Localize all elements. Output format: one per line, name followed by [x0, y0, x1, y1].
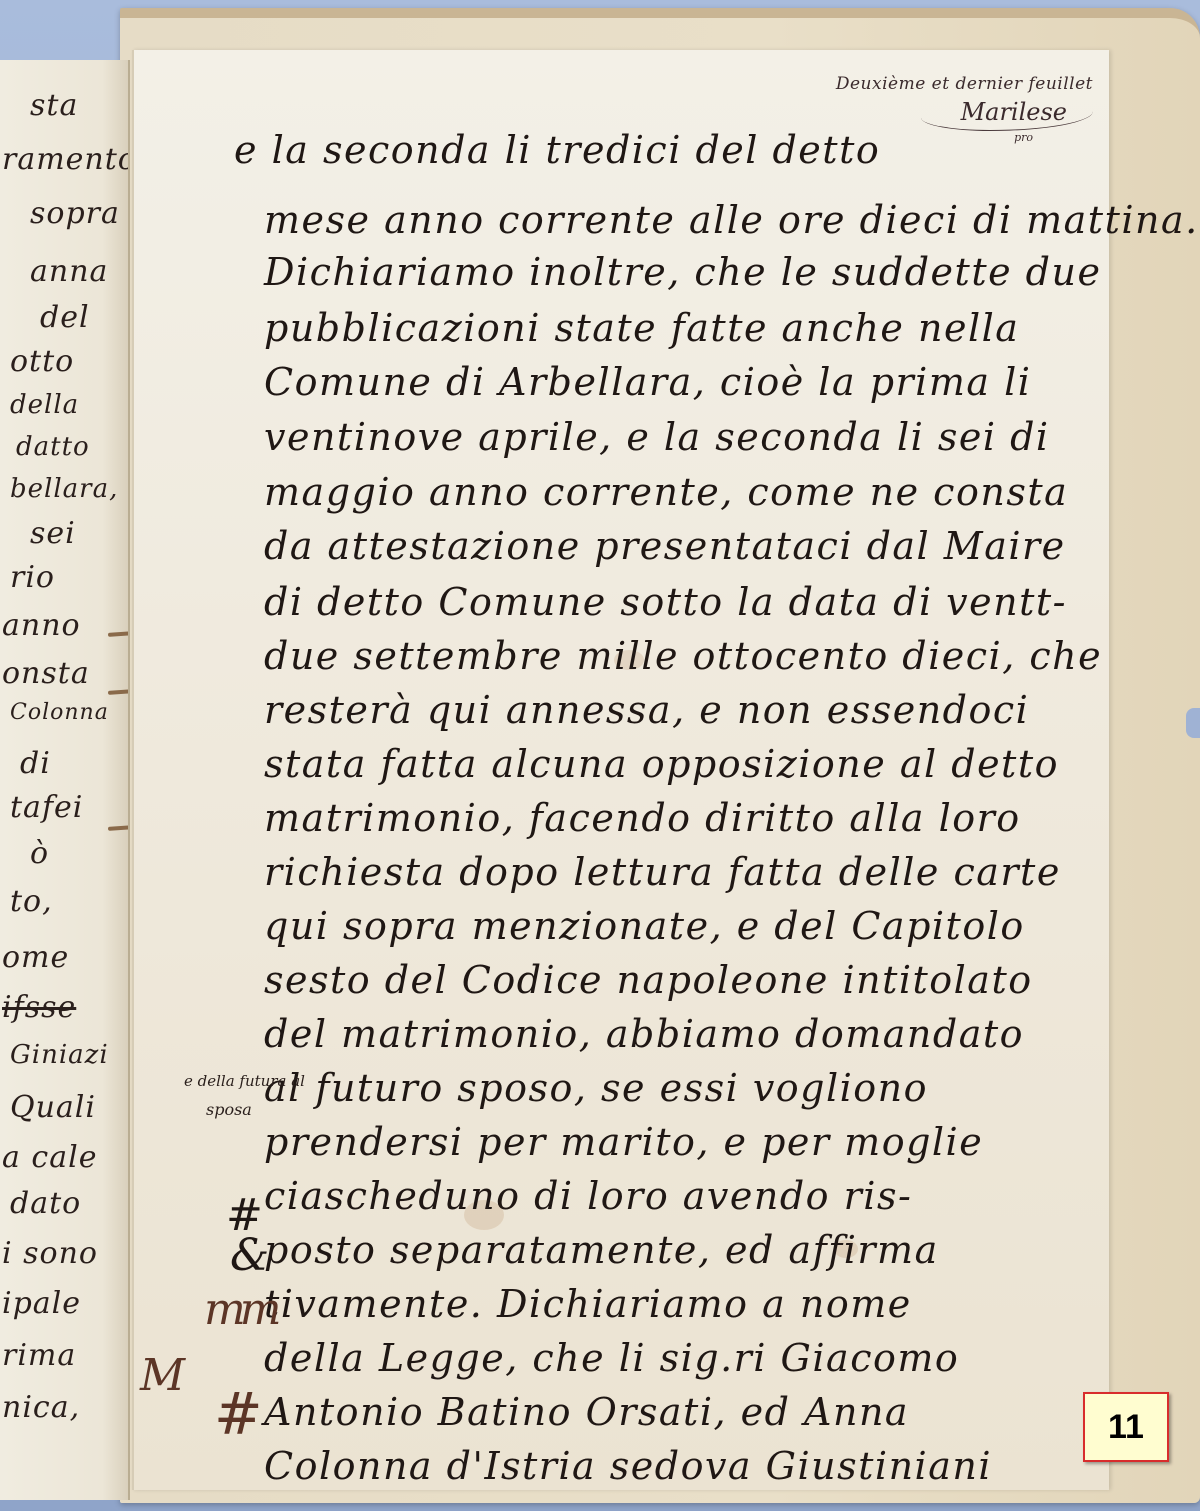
page-number-badge: 11 — [1083, 1392, 1169, 1462]
text-line: due settembre mille ottocento dieci, che — [264, 634, 1102, 678]
text-line: di detto Comune sotto la data di ventt- — [264, 580, 1067, 624]
left-fragment: del — [40, 300, 90, 335]
left-fragment: otto — [10, 344, 74, 379]
binding-stitch — [108, 689, 130, 695]
left-fragment: rio — [10, 560, 55, 595]
left-fragment: a cale — [2, 1140, 97, 1175]
text-line: Colonna d'Istria sedova Giustiniani — [264, 1444, 992, 1488]
binding-stitch — [108, 825, 130, 831]
main-page: Deuxième et dernier feuillet Marilese pr… — [132, 50, 1109, 1490]
text-line: posto separatamente, ed affirma — [264, 1228, 939, 1272]
text-line: della Legge, che li sig.ri Giacomo — [264, 1336, 959, 1380]
text-line: ventinove aprile, e la seconda li sei di — [264, 415, 1050, 459]
left-fragment: datto — [16, 432, 90, 462]
margin-annotation: e della futura al sposa — [184, 1072, 305, 1119]
left-fragment: ramento, — [2, 142, 130, 177]
left-fragment: tafei — [10, 790, 83, 825]
text-line: Comune di Arbellara, cioè la prima li — [264, 360, 1031, 404]
left-fragment: ome — [2, 940, 69, 975]
witness-mark: M — [140, 1350, 179, 1401]
text-line: Dichiariamo inoltre, che le suddette due — [264, 250, 1101, 294]
left-fragment: sei — [30, 516, 76, 551]
left-fragment: ifsse — [2, 990, 76, 1025]
witness-mark: # — [214, 1380, 257, 1448]
left-fragment: della — [10, 390, 79, 420]
left-fragment: nica, — [2, 1390, 80, 1425]
text-line: matrimonio, facendo diritto alla loro — [264, 796, 1021, 840]
left-fragment: bellara, — [10, 474, 118, 504]
witness-mark: mm — [204, 1284, 275, 1335]
margin-note-line: sposa — [206, 1100, 305, 1119]
left-fragment: to, — [10, 884, 53, 919]
text-line: ciascheduno di loro avendo ris- — [264, 1174, 912, 1218]
text-line: maggio anno corrente, come ne consta — [264, 470, 1068, 514]
text-line: Antonio Batino Orsati, ed Anna — [264, 1390, 909, 1434]
left-fragment: dato — [10, 1186, 81, 1221]
text-line: stata fatta alcuna opposizione al detto — [264, 742, 1059, 786]
text-line: da attestazione presentataci dal Maire — [264, 524, 1066, 568]
text-line: tivamente. Dichiariamo a nome — [264, 1282, 912, 1326]
text-line: al futuro sposo, se essi vogliono — [264, 1066, 928, 1110]
text-line: resterà qui annessa, e non essendoci — [264, 688, 1029, 732]
text-line: prendersi per marito, e per moglie — [264, 1120, 983, 1164]
text-line: sesto del Codice napoleone intitolato — [264, 958, 1033, 1002]
text-line: pubblicazioni state fatte anche nella — [264, 306, 1019, 350]
annotation-text: Deuxième et dernier feuillet — [836, 74, 1093, 94]
text-line: richiesta dopo lettura fatta delle carte — [264, 850, 1061, 894]
left-fragment: onsta — [2, 656, 90, 691]
text-line: del matrimonio, abbiamo domandato — [264, 1012, 1024, 1056]
official-signature: Marilese — [921, 98, 1093, 131]
left-fragment: Giniazi — [10, 1040, 109, 1070]
text-line: qui sopra menzionate, e del Capitolo — [264, 904, 1025, 948]
left-fragment: di — [20, 746, 51, 781]
text-line: e la seconda li tredici del detto — [234, 128, 880, 172]
left-page: sta ramento, sopra anna del otto della d… — [0, 60, 130, 1500]
left-fragment: sta — [30, 88, 78, 123]
left-fragment: rima — [2, 1338, 76, 1373]
left-fragment: Quali — [10, 1090, 96, 1125]
margin-note-line: e della futura al — [184, 1072, 305, 1090]
left-fragment: sopra — [30, 196, 120, 231]
witness-mark: & — [230, 1230, 263, 1281]
left-fragment: ipale — [2, 1286, 81, 1321]
left-fragment: anna — [30, 254, 108, 289]
left-fragment: i sono — [2, 1236, 98, 1271]
left-fragment: ò — [30, 836, 49, 871]
binding-stitch — [108, 631, 130, 637]
left-fragment: anno — [2, 608, 81, 643]
text-line: mese anno corrente alle ore dieci di mat… — [264, 198, 1199, 242]
left-fragment: Colonna — [10, 700, 109, 725]
